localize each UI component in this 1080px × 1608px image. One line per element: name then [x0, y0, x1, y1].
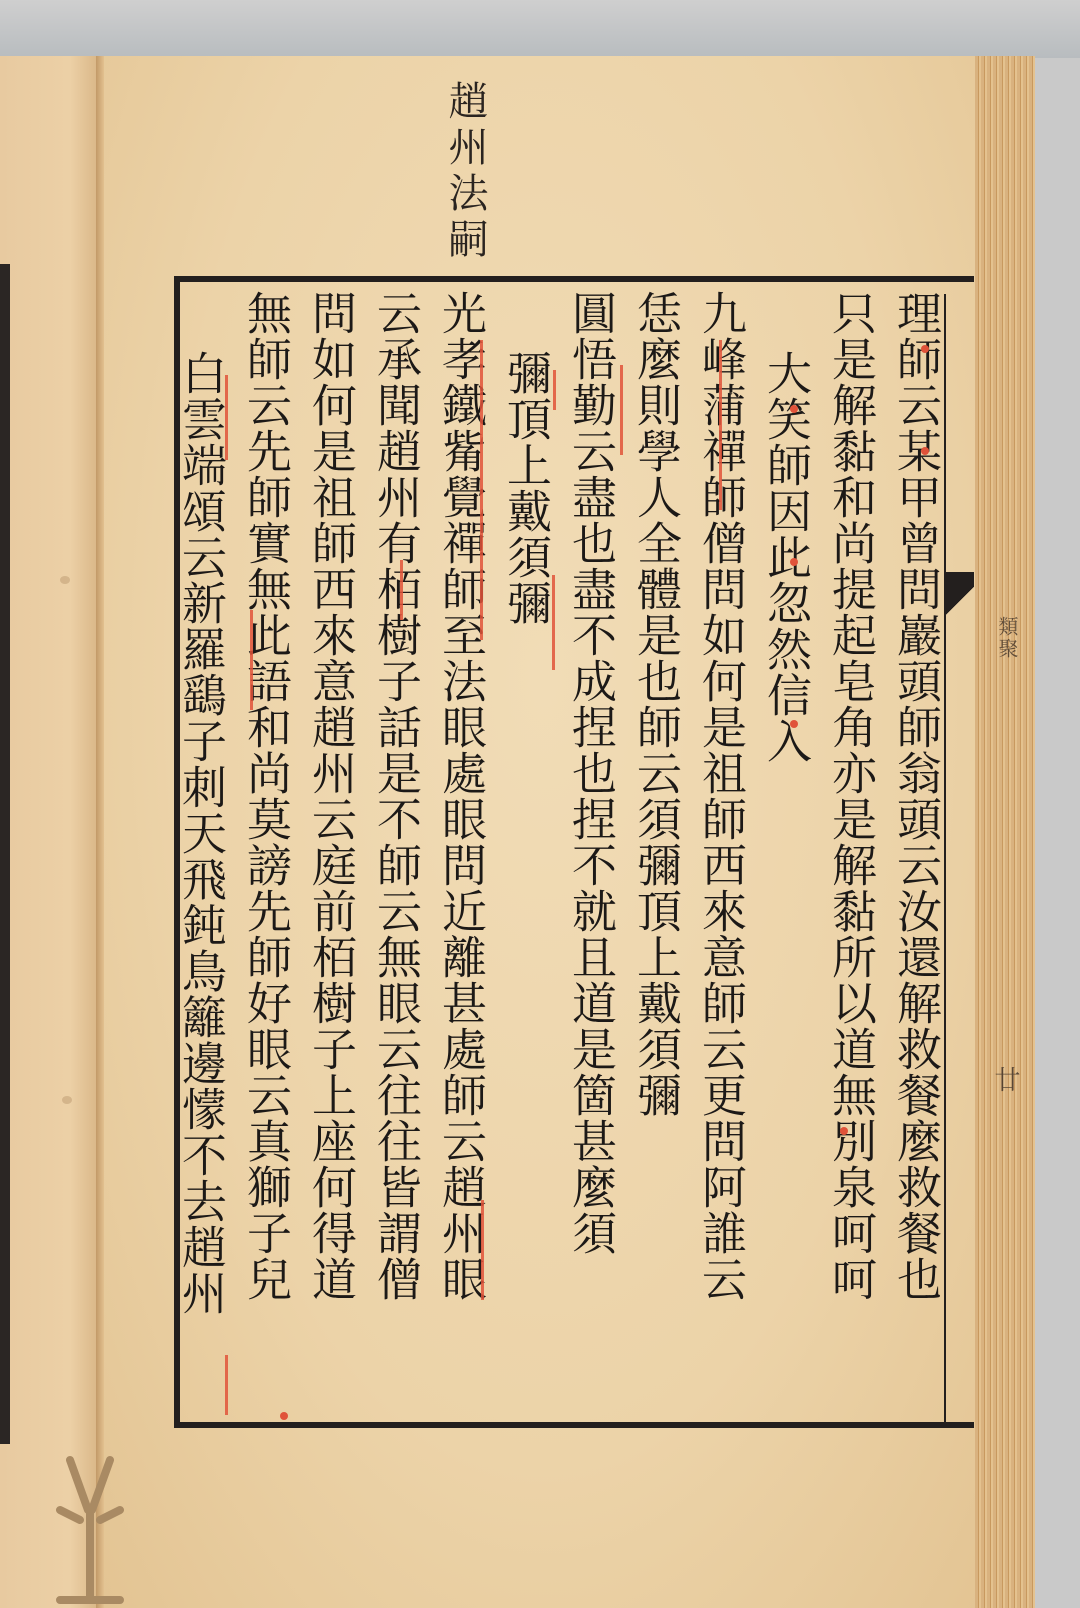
left-page: [0, 56, 100, 1608]
text-column: 大笑師因此忽然信入: [753, 290, 818, 1420]
fore-edge-mark: 廿: [987, 1066, 1024, 1092]
text-column: 理師云某甲曾問巖頭師翁頭云汝還解救餐麼救餐也: [883, 290, 948, 1420]
wormhole: [60, 576, 70, 584]
text-column: 問如何是祖師西來意趙州云庭前栢樹子上座何得道: [298, 290, 363, 1420]
wormhole: [62, 1096, 72, 1104]
text-column: 彌頂上戴須彌: [493, 290, 558, 1420]
fore-edge-label: 類聚: [993, 616, 1022, 660]
book-gutter: [96, 56, 104, 1608]
text-column: 圓悟勤云盡也盡不成捏也捏不就且道是箇甚麼須: [558, 290, 623, 1420]
text-column: 光孝鐵觜覺禪師至法眼處眼問近離甚處師云趙州眼: [428, 290, 493, 1420]
text-column: 九峰蒲禪師僧問如何是祖師西來意師云更問阿誰云: [688, 290, 753, 1420]
text-column: 白雲端頌云新羅鷂子刺天飛鈍鳥籬邊懞不去趙州: [168, 290, 233, 1420]
marginal-handwritten-title: 趙州法嗣: [440, 80, 490, 264]
text-block: 理師云某甲曾問巖頭師翁頭云汝還解救餐麼救餐也 只是解黏和尚提起皂角亦是解黏所以道…: [188, 290, 948, 1420]
page-edge-stack: 類聚 廿: [975, 56, 1035, 1608]
fishtail-mark: [944, 572, 974, 632]
text-column: 云承聞趙州有栢樹子話是不師云無眼云往往皆謂僧: [363, 290, 428, 1420]
scan-backdrop: [0, 0, 1080, 58]
text-column: 恁麼則學人全體是也師云須彌頂上戴須彌: [623, 290, 688, 1420]
insect-specimen: [40, 1450, 140, 1608]
left-page-frame-edge: [0, 264, 10, 1444]
text-column: 只是解黏和尚提起皂角亦是解黏所以道無別泉呵呵: [818, 290, 883, 1420]
text-column: 無師云先師實無此語和尚莫謗先師好眼云真獅子兒: [233, 290, 298, 1420]
